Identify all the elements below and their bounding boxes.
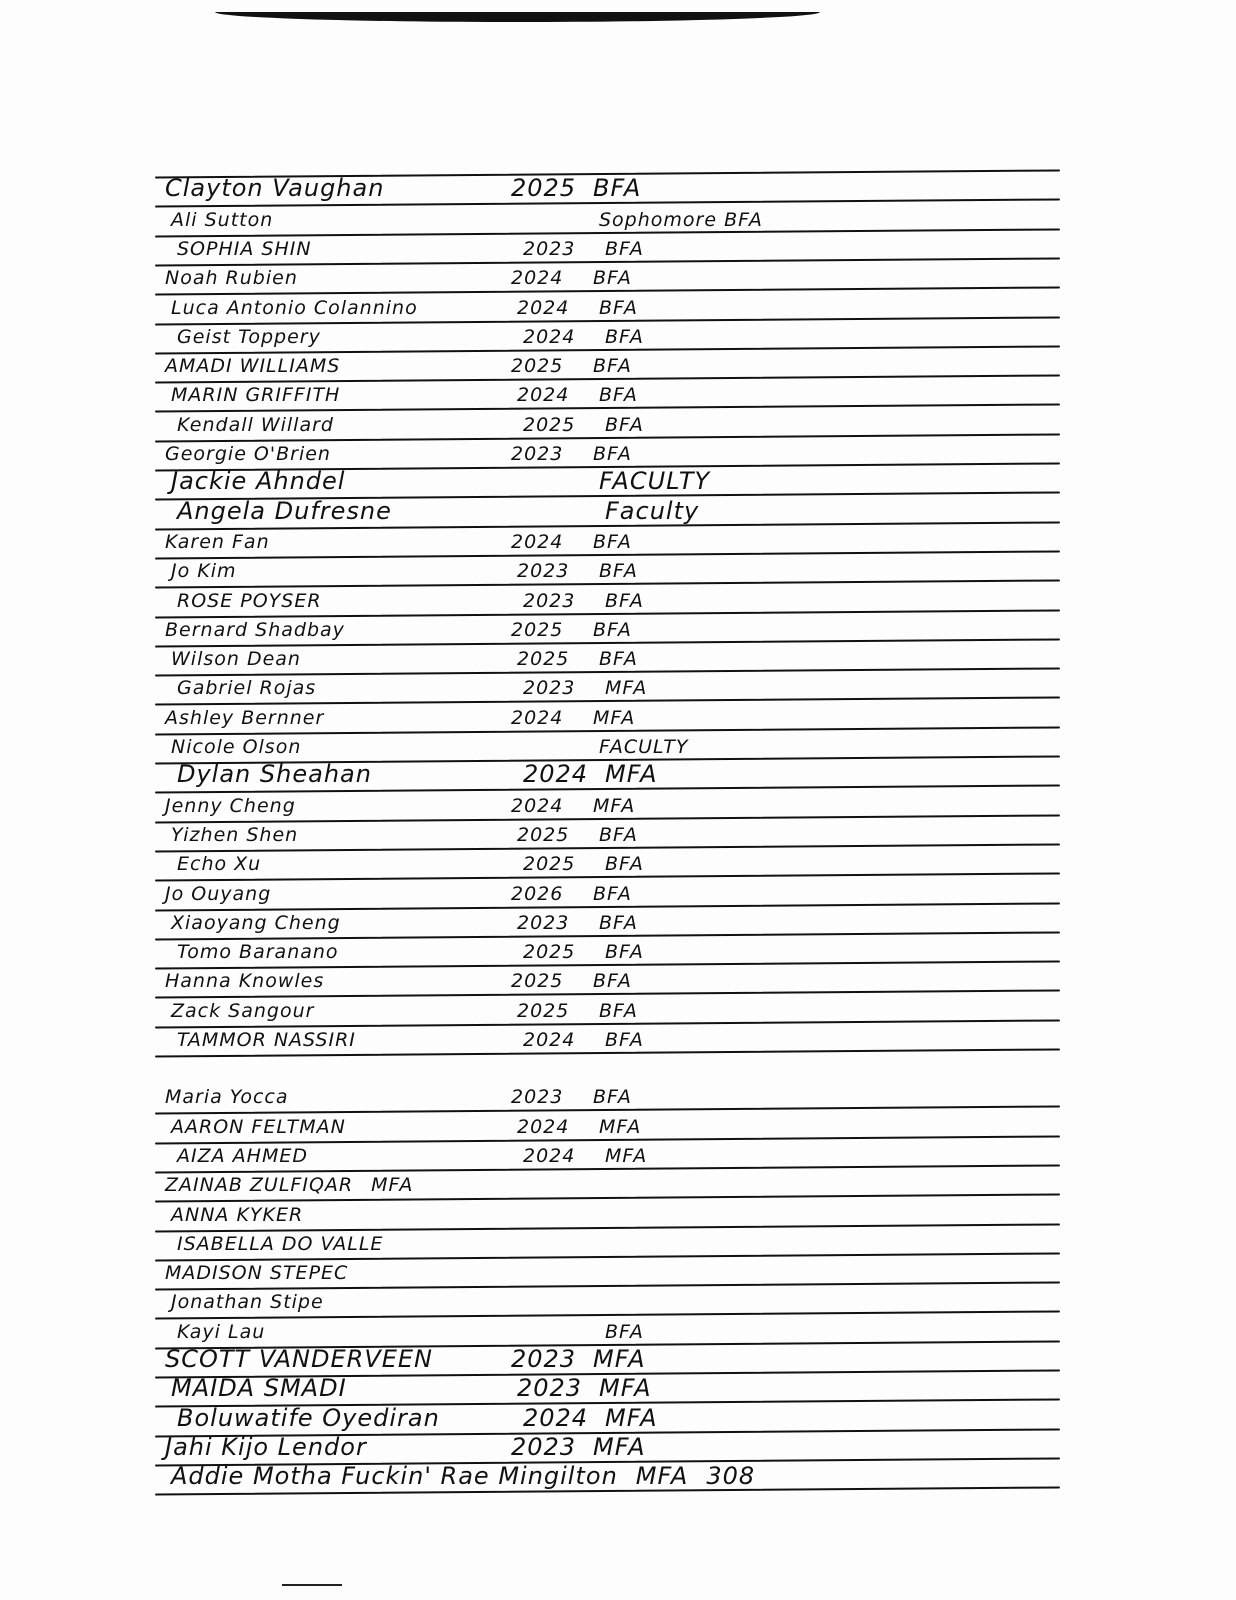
entry-name: Kendall Willard — [177, 414, 517, 436]
list-item: Karen Fan2024BFA — [165, 531, 650, 553]
entry-program: Sophomore BFA — [599, 209, 763, 231]
list-item: Kendall Willard2025BFA — [177, 414, 662, 436]
entry-program: BFA — [593, 355, 632, 377]
entry-year: 2024 — [523, 760, 593, 788]
entry-program: BFA — [593, 267, 632, 289]
scanned-page: Clayton Vaughan2025BFA Ali SuttonSophomo… — [0, 0, 1236, 1600]
entry-name: Angela Dufresne — [177, 497, 517, 525]
entry-year: 2026 — [511, 883, 581, 905]
entry-name: Wilson Dean — [171, 648, 511, 670]
entry-year: 2025 — [511, 174, 581, 202]
entry-year: 2024 — [517, 297, 587, 319]
entry-program: FACULTY — [599, 736, 689, 758]
entry-program: BFA — [593, 619, 632, 641]
entry-program: FACULTY — [599, 467, 710, 495]
entry-program: MFA — [593, 1433, 646, 1461]
entry-name: Georgie O'Brien — [165, 443, 505, 465]
list-item: Jonathan Stipe — [171, 1291, 360, 1313]
entry-name: Jo Ouyang — [165, 883, 505, 905]
list-item: AMADI WILLIAMS2025BFA — [165, 355, 650, 377]
list-item: Ali SuttonSophomore BFA — [171, 209, 781, 231]
entry-program: BFA — [605, 238, 644, 260]
entry-program: BFA — [593, 883, 632, 905]
list-item: Angela DufresneFaculty — [177, 497, 717, 525]
entry-name: Hanna Knowles — [165, 970, 505, 992]
entry-year: 2024 — [523, 326, 593, 348]
list-item: Xiaoyang Cheng2023BFA — [171, 912, 656, 934]
entry-name: Bernard Shadbay — [165, 619, 505, 641]
entry-year: 2023 — [511, 1345, 581, 1373]
entry-extra: 308 — [706, 1462, 755, 1490]
entry-program: BFA — [599, 384, 638, 406]
list-item: ANNA KYKER — [171, 1204, 339, 1226]
entry-name: Nicole Olson — [171, 736, 511, 758]
entry-program: BFA — [605, 853, 644, 875]
entry-program: MFA — [593, 795, 635, 817]
entry-program: BFA — [593, 531, 632, 553]
list-item: Dylan Sheahan2024MFA — [177, 760, 676, 788]
entry-name: Jonathan Stipe — [171, 1291, 324, 1313]
entry-program: BFA — [593, 174, 641, 202]
entry-program: MFA — [636, 1462, 689, 1490]
entry-name: Noah Rubien — [165, 267, 505, 289]
entry-year: 2024 — [511, 707, 581, 729]
entry-year: 2023 — [517, 560, 587, 582]
list-item: Ashley Bernner2024MFA — [165, 707, 653, 729]
entry-name: Clayton Vaughan — [165, 174, 505, 202]
entry-program: Faculty — [605, 497, 699, 525]
entry-name: Luca Antonio Colannino — [171, 297, 511, 319]
entry-program: MFA — [605, 1404, 658, 1432]
entry-year: 2023 — [511, 443, 581, 465]
list-item: Hanna Knowles2025BFA — [165, 970, 650, 992]
entry-year: 2025 — [511, 970, 581, 992]
entry-name: Yizhen Shen — [171, 824, 511, 846]
entry-name: MAIDA SMADI — [171, 1374, 511, 1402]
entry-name: Zack Sangour — [171, 1000, 511, 1022]
entry-name: MADISON STEPEC — [165, 1262, 348, 1284]
entry-name: Echo Xu — [177, 853, 517, 875]
list-item: Jahi Kijo Lendor2023MFA — [165, 1433, 664, 1461]
entry-year: 2023 — [523, 677, 593, 699]
list-item: Tomo Baranano2025BFA — [177, 941, 662, 963]
list-item: Wilson Dean2025BFA — [171, 648, 656, 670]
list-item: Zack Sangour2025BFA — [171, 1000, 656, 1022]
entry-name: Karen Fan — [165, 531, 505, 553]
entry-year: 2024 — [511, 267, 581, 289]
entry-program: BFA — [605, 1029, 644, 1051]
list-item: Echo Xu2025BFA — [177, 853, 662, 875]
entry-program: BFA — [593, 970, 632, 992]
entry-name: ROSE POYSER — [177, 590, 517, 612]
list-item: MARIN GRIFFITH2024BFA — [171, 384, 656, 406]
entry-year: 2023 — [523, 590, 593, 612]
entry-year: 2025 — [517, 648, 587, 670]
entry-name: AIZA AHMED — [177, 1145, 517, 1167]
entry-year: 2025 — [523, 414, 593, 436]
entry-program: BFA — [599, 648, 638, 670]
entry-year: 2024 — [523, 1145, 593, 1167]
entry-name: ISABELLA DO VALLE — [177, 1233, 383, 1255]
entry-year: 2023 — [511, 1433, 581, 1461]
list-item: SOPHIA SHIN2023BFA — [177, 238, 662, 260]
entry-program: BFA — [593, 1086, 632, 1108]
entry-name: Jo Kim — [171, 560, 511, 582]
entry-program: MFA — [599, 1116, 641, 1138]
entry-year: 2023 — [511, 1086, 581, 1108]
list-item: MAIDA SMADI2023MFA — [171, 1374, 670, 1402]
list-item: AARON FELTMAN2024MFA — [171, 1116, 659, 1138]
entry-program: BFA — [599, 824, 638, 846]
list-item: ISABELLA DO VALLE — [177, 1233, 419, 1255]
list-item: Jackie AhndelFACULTY — [171, 467, 728, 495]
entry-program: MFA — [599, 1374, 652, 1402]
entry-name: ANNA KYKER — [171, 1204, 303, 1226]
entry-name: AMADI WILLIAMS — [165, 355, 505, 377]
list-item: MADISON STEPEC — [165, 1262, 384, 1284]
entry-year: 2024 — [517, 1116, 587, 1138]
list-item: Addie Motha Fuckin' Rae MingiltonMFA308 — [171, 1462, 755, 1490]
entry-name: Ashley Bernner — [165, 707, 505, 729]
entry-name: Jackie Ahndel — [171, 467, 511, 495]
list-item: TAMMOR NASSIRI2024BFA — [177, 1029, 662, 1051]
entry-name: Jenny Cheng — [165, 795, 505, 817]
entry-program: BFA — [599, 1000, 638, 1022]
list-item: Jenny Cheng2024MFA — [165, 795, 653, 817]
entry-year: 2025 — [523, 941, 593, 963]
entry-name: Jahi Kijo Lendor — [165, 1433, 505, 1461]
list-item: Gabriel Rojas2023MFA — [177, 677, 665, 699]
entry-program: BFA — [599, 560, 638, 582]
entry-year: 2025 — [511, 355, 581, 377]
entry-name: Kayi Lau — [177, 1321, 517, 1343]
entry-program: BFA — [599, 912, 638, 934]
entry-program: BFA — [605, 941, 644, 963]
entry-name: Maria Yocca — [165, 1086, 505, 1108]
entry-year: 2023 — [523, 238, 593, 260]
entry-name: AARON FELTMAN — [171, 1116, 511, 1138]
entry-name: Dylan Sheahan — [177, 760, 517, 788]
list-item: Nicole OlsonFACULTY — [171, 736, 707, 758]
entry-program: BFA — [605, 1321, 644, 1343]
list-item: SCOTT VANDERVEEN2023MFA — [165, 1345, 664, 1373]
entry-year: 2024 — [523, 1404, 593, 1432]
entry-year: 2024 — [511, 531, 581, 553]
entry-name: SOPHIA SHIN — [177, 238, 517, 260]
entry-year: 2023 — [517, 1374, 587, 1402]
entry-name: Addie Motha Fuckin' Rae Mingilton — [171, 1462, 618, 1490]
entry-name: Boluwatife Oyediran — [177, 1404, 517, 1432]
list-item: Geist Toppery2024BFA — [177, 326, 662, 348]
entry-year: 2025 — [517, 1000, 587, 1022]
list-item: Georgie O'Brien2023BFA — [165, 443, 650, 465]
entry-name: Xiaoyang Cheng — [171, 912, 511, 934]
entry-program: BFA — [599, 297, 638, 319]
entry-program: MFA — [605, 760, 658, 788]
entry-program: MFA — [593, 707, 635, 729]
entry-program: MFA — [593, 1345, 646, 1373]
entry-program: MFA — [371, 1174, 413, 1196]
entry-program: MFA — [605, 677, 647, 699]
list-item: Noah Rubien2024BFA — [165, 267, 650, 289]
list-item: Jo Kim2023BFA — [171, 560, 656, 582]
list-item: Bernard Shadbay2025BFA — [165, 619, 650, 641]
list-item: Luca Antonio Colannino2024BFA — [171, 297, 656, 319]
entry-name: Gabriel Rojas — [177, 677, 517, 699]
entry-name: Geist Toppery — [177, 326, 517, 348]
entry-name: ZAINAB ZULFIQAR — [165, 1174, 353, 1196]
list-item: Kayi LauBFA — [177, 1321, 662, 1343]
entry-name: MARIN GRIFFITH — [171, 384, 511, 406]
entry-year: 2024 — [517, 384, 587, 406]
entry-name: Ali Sutton — [171, 209, 511, 231]
list-item: Jo Ouyang2026BFA — [165, 883, 650, 905]
entry-year: 2024 — [523, 1029, 593, 1051]
list-item: ROSE POYSER2023BFA — [177, 590, 662, 612]
entry-year: 2025 — [523, 853, 593, 875]
scanner-mark — [282, 1584, 342, 1586]
list-item: Boluwatife Oyediran2024MFA — [177, 1404, 676, 1432]
entry-program: MFA — [605, 1145, 647, 1167]
entry-name: Tomo Baranano — [177, 941, 517, 963]
entry-year: 2024 — [511, 795, 581, 817]
list-item: ZAINAB ZULFIQARMFA — [165, 1174, 431, 1196]
entry-year: 2025 — [511, 619, 581, 641]
list-item: Clayton Vaughan2025BFA — [165, 174, 659, 202]
entry-program: BFA — [605, 326, 644, 348]
list-item: AIZA AHMED2024MFA — [177, 1145, 665, 1167]
entry-year: 2025 — [517, 824, 587, 846]
list-item: Yizhen Shen2025BFA — [171, 824, 656, 846]
entry-name: TAMMOR NASSIRI — [177, 1029, 517, 1051]
entry-year: 2023 — [517, 912, 587, 934]
entry-name: SCOTT VANDERVEEN — [165, 1345, 505, 1373]
entry-program: BFA — [605, 590, 644, 612]
scanner-edge-artifact — [215, 12, 820, 22]
entry-program: BFA — [605, 414, 644, 436]
entry-program: BFA — [593, 443, 632, 465]
list-item: Maria Yocca2023BFA — [165, 1086, 650, 1108]
